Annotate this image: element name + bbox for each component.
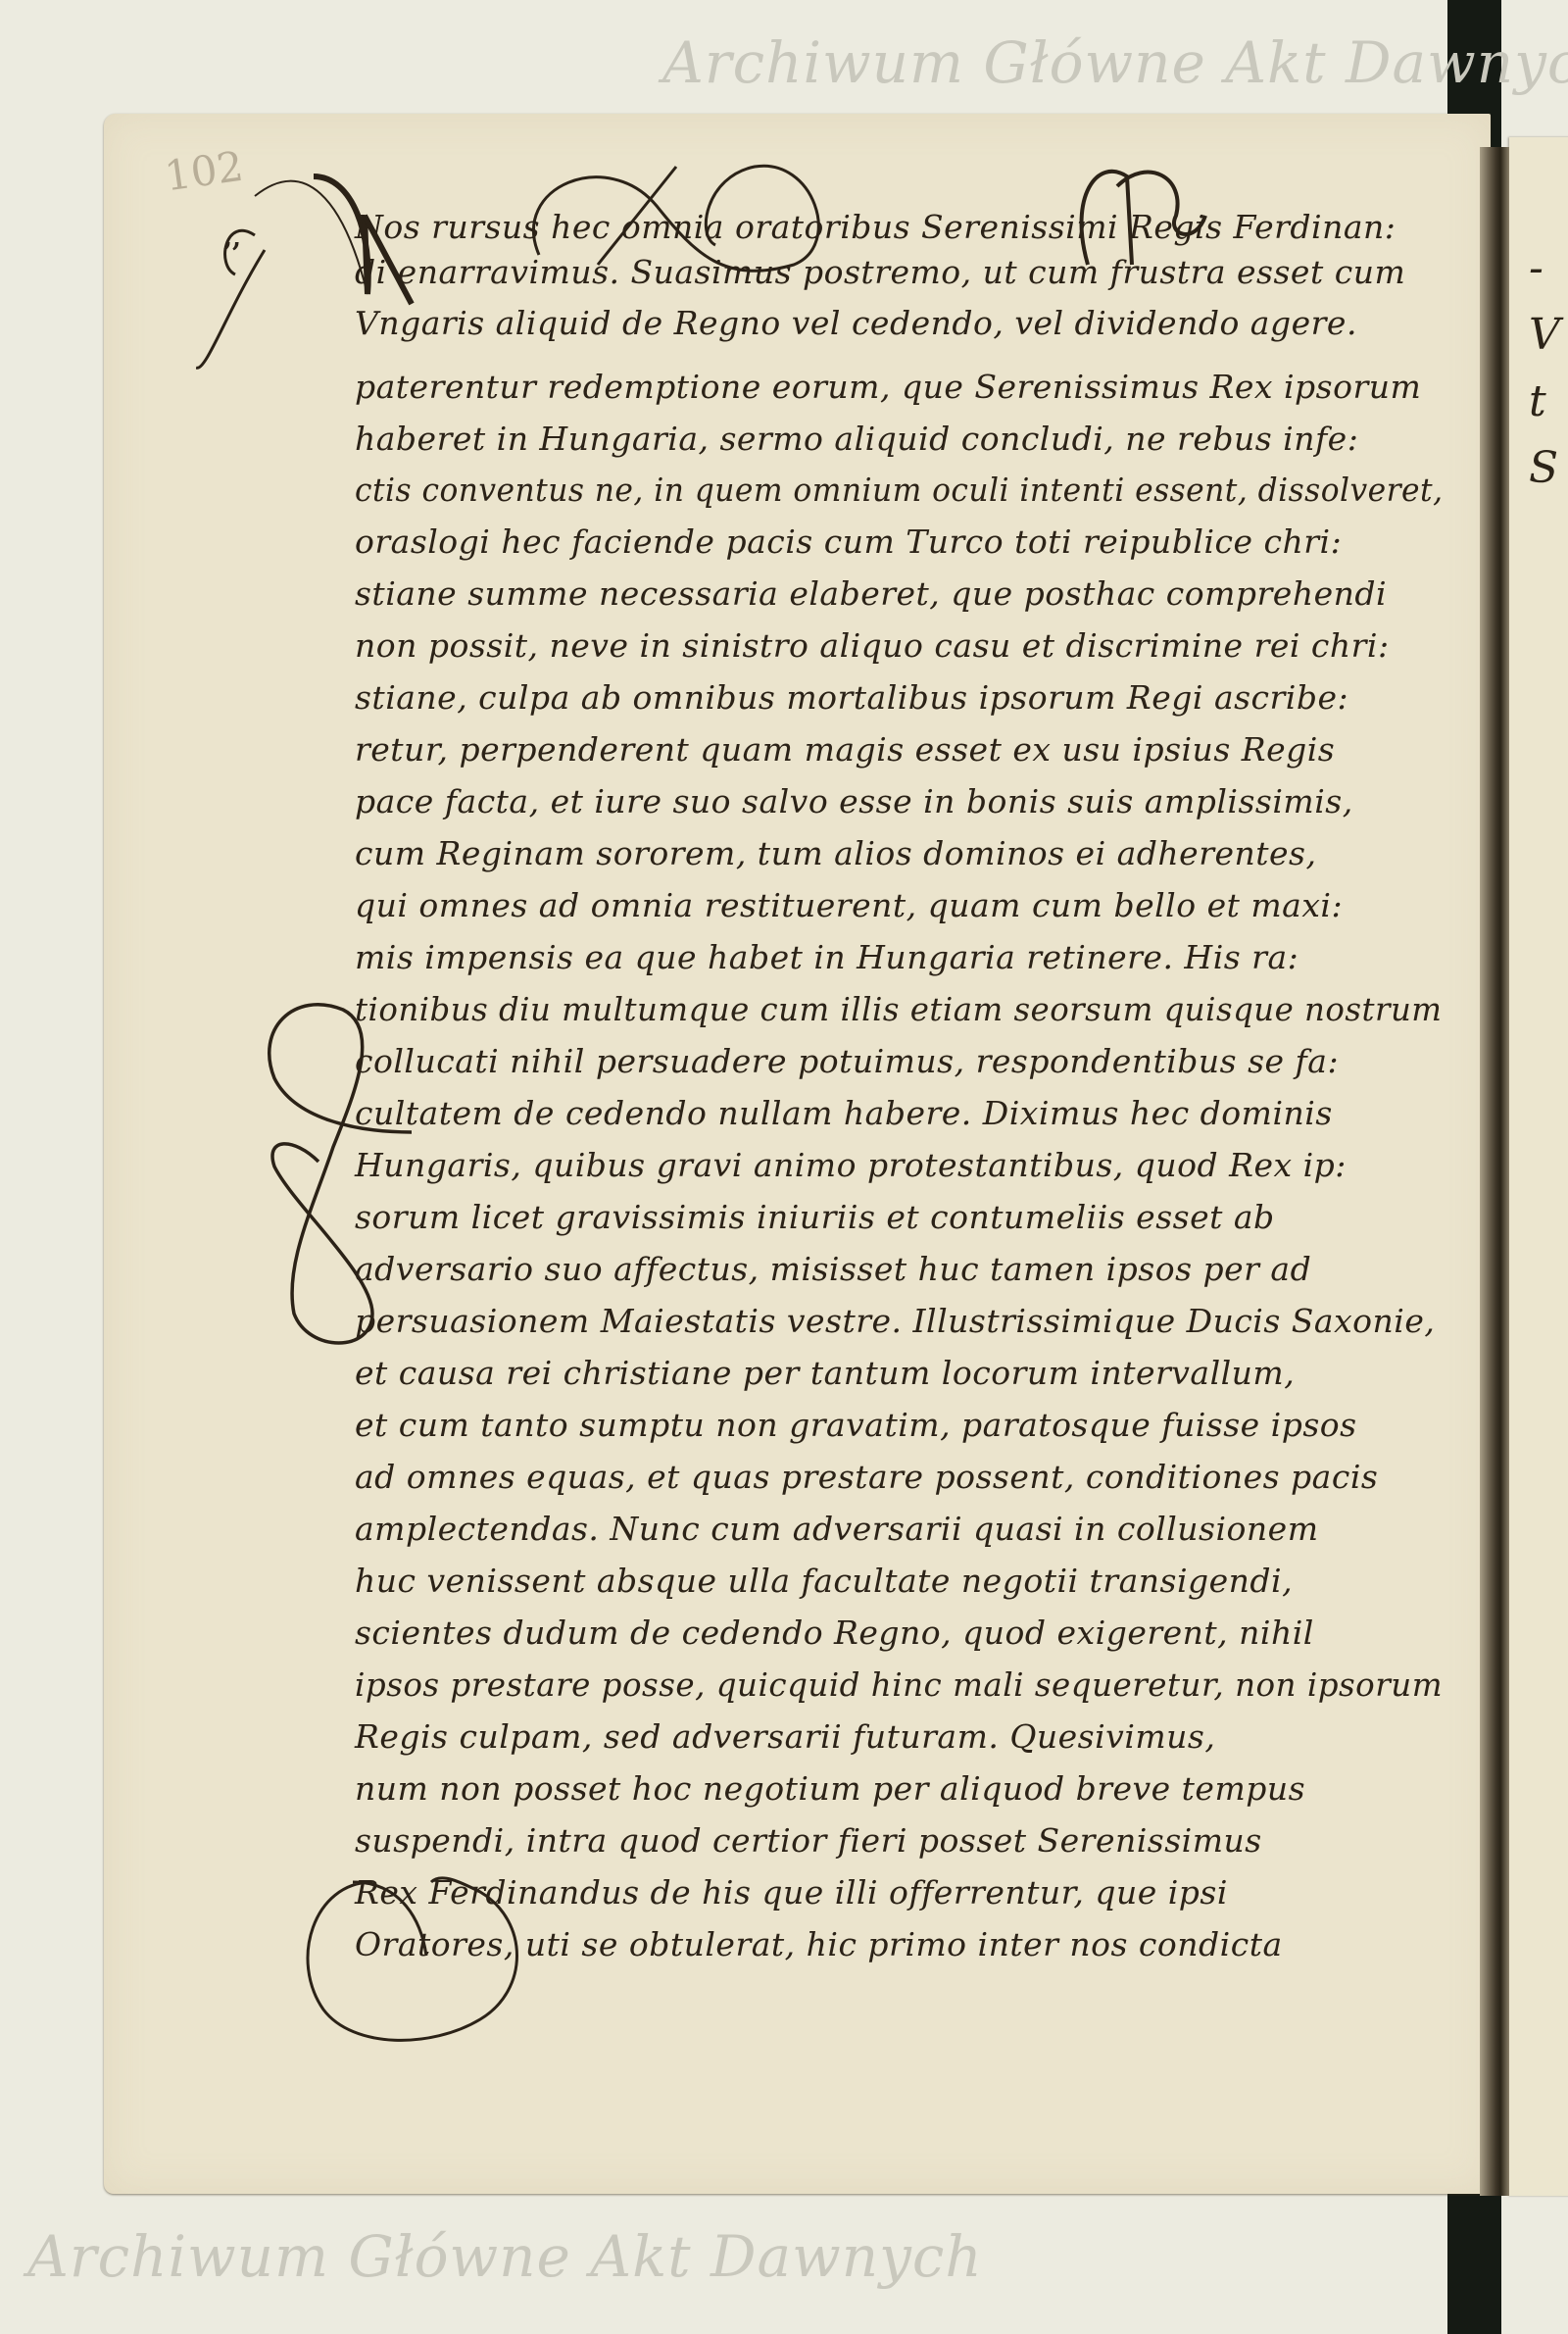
text-line: persuasionem Maiestatis vestre. Illustri… (355, 1302, 1435, 1340)
text-line: num non posset hoc negotium per aliquod … (355, 1769, 1305, 1808)
text-line: et causa rei christiane per tantum locor… (355, 1354, 1295, 1392)
text-line: di enarravimus. Suasimus postremo, ut cu… (355, 253, 1405, 291)
text-line: huc venissent absque ulla facultate nego… (355, 1562, 1293, 1600)
facing-glyph: t (1529, 369, 1560, 435)
text-line: Regis culpam, sed adversarii futuram. Qu… (355, 1717, 1215, 1756)
text-line: Oratores, uti se obtulerat, hic primo in… (355, 1925, 1283, 1963)
text-line: cultatem de cedendo nullam habere. Dixim… (355, 1094, 1333, 1132)
archive-watermark-bottom: Archiwum Główne Akt Dawnych (27, 2223, 983, 2290)
text-line: stiane, culpa ab omnibus mortalibus ipso… (355, 678, 1348, 717)
text-line: Rex Ferdinandus de his que illi offerren… (355, 1873, 1228, 1912)
text-line: tionibus diu multumque cum illis etiam s… (355, 990, 1442, 1028)
archive-watermark-top: Archiwum Główne Akt Dawnych (662, 29, 1568, 96)
text-line: scientes dudum de cedendo Regno, quod ex… (355, 1614, 1314, 1652)
facing-glyph: S (1529, 435, 1560, 502)
text-line: sorum licet gravissimis iniuriis et cont… (355, 1198, 1275, 1236)
book-gutter (1480, 147, 1509, 2196)
text-line: adversario suo affectus, misisset huc ta… (355, 1250, 1311, 1288)
text-line: Nos rursus hec omnia oratoribus Sereniss… (355, 208, 1396, 246)
text-line: cum Reginam sororem, tum alios dominos e… (355, 834, 1317, 872)
text-line: non possit, neve in sinistro aliquo casu… (355, 626, 1390, 665)
facing-glyph: - (1529, 235, 1560, 302)
text-line: Hungaris, quibus gravi animo protestanti… (355, 1146, 1347, 1184)
facing-glyph: V (1529, 302, 1560, 369)
text-line: collucati nihil persuadere potuimus, res… (355, 1042, 1339, 1080)
text-line: mis impensis ea que habet in Hungaria re… (355, 938, 1298, 976)
text-line: suspendi, intra quod certior fieri posse… (355, 1821, 1262, 1860)
facing-page-text-fragment: - V t S (1529, 235, 1560, 502)
text-line: oraslogi hec faciende pacis cum Turco to… (355, 522, 1342, 561)
text-line: pace facta, et iure suo salvo esse in bo… (355, 782, 1353, 820)
text-line: qui omnes ad omnia restituerent, quam cu… (355, 886, 1343, 924)
text-line: ctis conventus ne, in quem omnium oculi … (355, 471, 1444, 509)
text-line: retur, perpenderent quam magis esset ex … (355, 730, 1335, 769)
text-line: ad omnes equas, et quas prestare possent… (355, 1458, 1378, 1496)
binding-strip-bottom (1447, 2184, 1501, 2334)
text-line: ipsos prestare posse, quicquid hinc mali… (355, 1665, 1443, 1704)
text-line: stiane summe necessaria elaberet, que po… (355, 574, 1387, 613)
text-line: amplectendas. Nunc cum adversarii quasi … (355, 1510, 1318, 1548)
marginal-mark: ,, (223, 223, 241, 253)
text-line: haberet in Hungaria, sermo aliquid concl… (355, 420, 1358, 458)
text-line: et cum tanto sumptu non gravatim, parato… (355, 1406, 1357, 1444)
text-line: paterentur redemptione eorum, que Sereni… (355, 368, 1421, 406)
text-line: Vngaris aliquid de Regno vel cedendo, ve… (355, 304, 1357, 342)
